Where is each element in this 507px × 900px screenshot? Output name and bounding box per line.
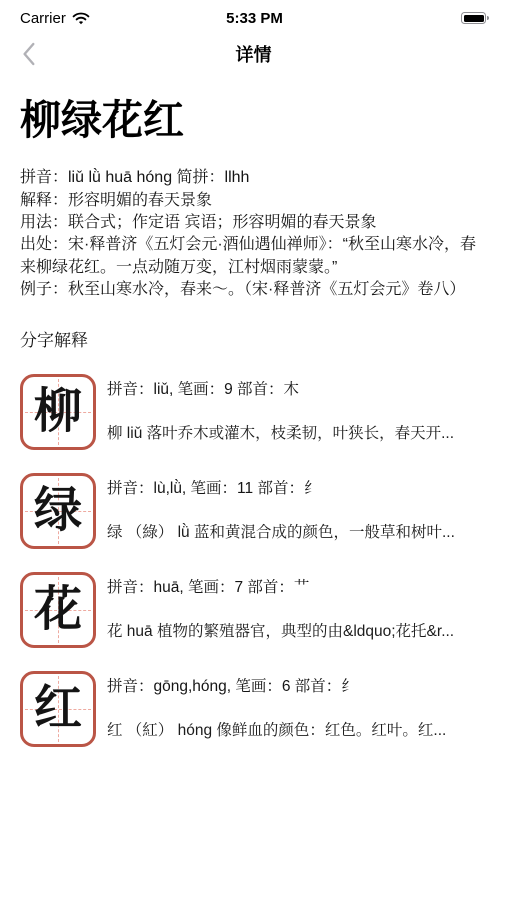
char-glyph: 柳 xyxy=(34,388,82,436)
char-desc: 绿 （綠） lǜ 蓝和黄混合成的颜色，一般草和树叶... xyxy=(107,523,455,543)
char-card-hong[interactable]: 红 拼音：gōng,hóng, 笔画：6 部首：纟 红 （紅） hóng 像鲜血… xyxy=(20,671,487,747)
info-line-meaning: 解释：形容明媚的春天景象 xyxy=(20,190,487,212)
info-line-source: 出处：宋·释普济《五灯会元·酒仙遇仙禅师》：“秋至山寒水冷，春来柳绿花红。一点动… xyxy=(20,234,487,279)
char-card-lv[interactable]: 绿 拼音：lù,lǜ, 笔画：11 部首：纟 绿 （綠） lǜ 蓝和黄混合成的颜… xyxy=(20,473,487,549)
battery-icon xyxy=(461,12,489,24)
section-title-char-breakdown: 分字解释 xyxy=(20,326,487,351)
nav-bar: 详情 xyxy=(0,30,507,78)
char-grid-box: 柳 xyxy=(20,374,96,450)
back-button[interactable] xyxy=(18,38,39,70)
char-glyph: 红 xyxy=(34,685,82,733)
char-glyph: 绿 xyxy=(34,487,82,535)
chevron-left-icon xyxy=(22,42,35,66)
page-title: 详情 xyxy=(236,41,272,67)
char-grid-box: 花 xyxy=(20,572,96,648)
info-line-example: 例子：秋至山寒水冷，春来～。（宋·释普济《五灯会元》卷八） xyxy=(20,279,487,301)
char-grid-box: 绿 xyxy=(20,473,96,549)
char-desc: 柳 liǔ 落叶乔木或灌木，枝柔韧，叶狭长，春天开... xyxy=(107,424,454,444)
char-text: 拼音：liǔ, 笔画：9 部首：木 柳 liǔ 落叶乔木或灌木，枝柔韧，叶狭长，… xyxy=(107,374,454,444)
status-bar-right xyxy=(339,12,489,24)
info-line-pinyin: 拼音：liǔ lǜ huā hóng 简拼：llhh xyxy=(20,167,487,189)
char-meta: 拼音：huā, 笔画：7 部首：艹 xyxy=(107,578,454,598)
char-meta: 拼音：gōng,hóng, 笔画：6 部首：纟 xyxy=(107,677,446,697)
char-meta: 拼音：lù,lǜ, 笔画：11 部首：纟 xyxy=(107,479,455,499)
char-text: 拼音：gōng,hóng, 笔画：6 部首：纟 红 （紅） hóng 像鲜血的颜… xyxy=(107,671,446,741)
dictionary-detail-screen: { "colors": { "card_border_red": "#ba554… xyxy=(0,0,507,900)
char-meta: 拼音：liǔ, 笔画：9 部首：木 xyxy=(107,380,454,400)
char-desc: 红 （紅） hóng 像鲜血的颜色：红色。红叶。红... xyxy=(107,721,446,741)
char-glyph: 花 xyxy=(34,586,82,634)
char-text: 拼音：huā, 笔画：7 部首：艹 花 huā 植物的繁殖器官，典型的由&ldq… xyxy=(107,572,454,642)
idiom-info-block: 拼音：liǔ lǜ huā hóng 简拼：llhh 解释：形容明媚的春天景象 … xyxy=(20,167,487,301)
char-desc: 花 huā 植物的繁殖器官，典型的由&ldquo;花托&r... xyxy=(107,622,454,642)
info-line-usage: 用法：联合式；作定语 宾语；形容明媚的春天景象 xyxy=(20,212,487,234)
char-card-liu[interactable]: 柳 拼音：liǔ, 笔画：9 部首：木 柳 liǔ 落叶乔木或灌木，枝柔韧，叶狭… xyxy=(20,374,487,450)
char-grid-box: 红 xyxy=(20,671,96,747)
char-card-hua[interactable]: 花 拼音：huā, 笔画：7 部首：艹 花 huā 植物的繁殖器官，典型的由&l… xyxy=(20,572,487,648)
wifi-icon xyxy=(72,12,90,25)
status-bar: Carrier 5:33 PM xyxy=(0,0,507,30)
detail-content: 柳绿花红 拼音：liǔ lǜ huā hóng 简拼：llhh 解释：形容明媚的… xyxy=(0,98,507,747)
carrier-label: Carrier xyxy=(20,10,66,27)
clock: 5:33 PM xyxy=(170,10,339,27)
idiom-title: 柳绿花红 xyxy=(20,98,487,143)
char-text: 拼音：lù,lǜ, 笔画：11 部首：纟 绿 （綠） lǜ 蓝和黄混合成的颜色，… xyxy=(107,473,455,543)
status-bar-left: Carrier xyxy=(20,10,170,27)
